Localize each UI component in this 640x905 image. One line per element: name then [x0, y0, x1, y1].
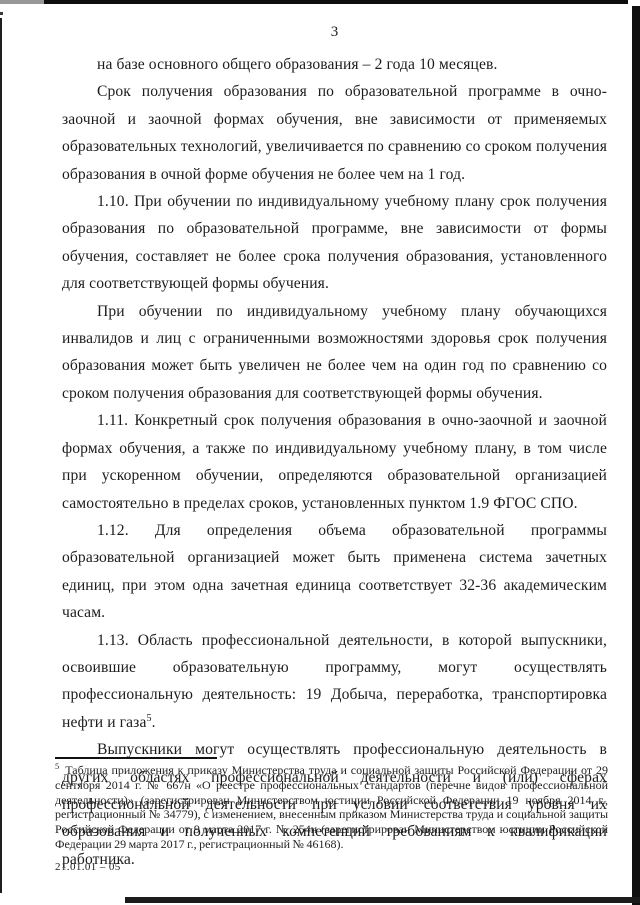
paragraph-1-12: 1.12. Для определения объема образовател… [62, 517, 607, 627]
footnote-separator-rule [55, 757, 217, 759]
paragraph-1-13-tail: . [152, 714, 156, 731]
scan-edge-right [632, 6, 640, 905]
paragraph-1-13-text: 1.13. Область профессиональной деятельно… [62, 632, 607, 731]
paragraph-1-11: 1.11. Конкретный срок получения образова… [62, 407, 607, 517]
paragraph-1-10-invalids: При обучении по индивидуальному учебному… [62, 298, 607, 408]
document-code: 21.01.01 – 05 [55, 861, 121, 873]
footnote-text: Таблица приложения к приказу Министерств… [55, 763, 608, 851]
scan-edge-left [0, 18, 2, 893]
scan-edge-left-tick [0, 12, 3, 15]
paragraph-srok-polucheniya: Срок получения образования по образовате… [62, 78, 607, 188]
paragraph-1-10: 1.10. При обучении по индивидуальному уч… [62, 188, 607, 298]
paragraph-1-13: 1.13. Область профессиональной деятельно… [62, 627, 607, 737]
paragraph-intro-tail: на базе основного общего образования – 2… [62, 51, 607, 78]
scanned-document-page: 3 на базе основного общего образования –… [0, 0, 640, 905]
footnote-block: 5Таблица приложения к приказу Министерст… [55, 763, 608, 852]
document-body: на базе основного общего образования – 2… [62, 51, 607, 873]
footnote-marker: 5 [55, 761, 59, 771]
scan-edge-top-gray [0, 0, 44, 4]
page-number: 3 [62, 24, 607, 41]
scan-edge-bottom [125, 897, 640, 903]
scan-edge-top [0, 0, 628, 4]
